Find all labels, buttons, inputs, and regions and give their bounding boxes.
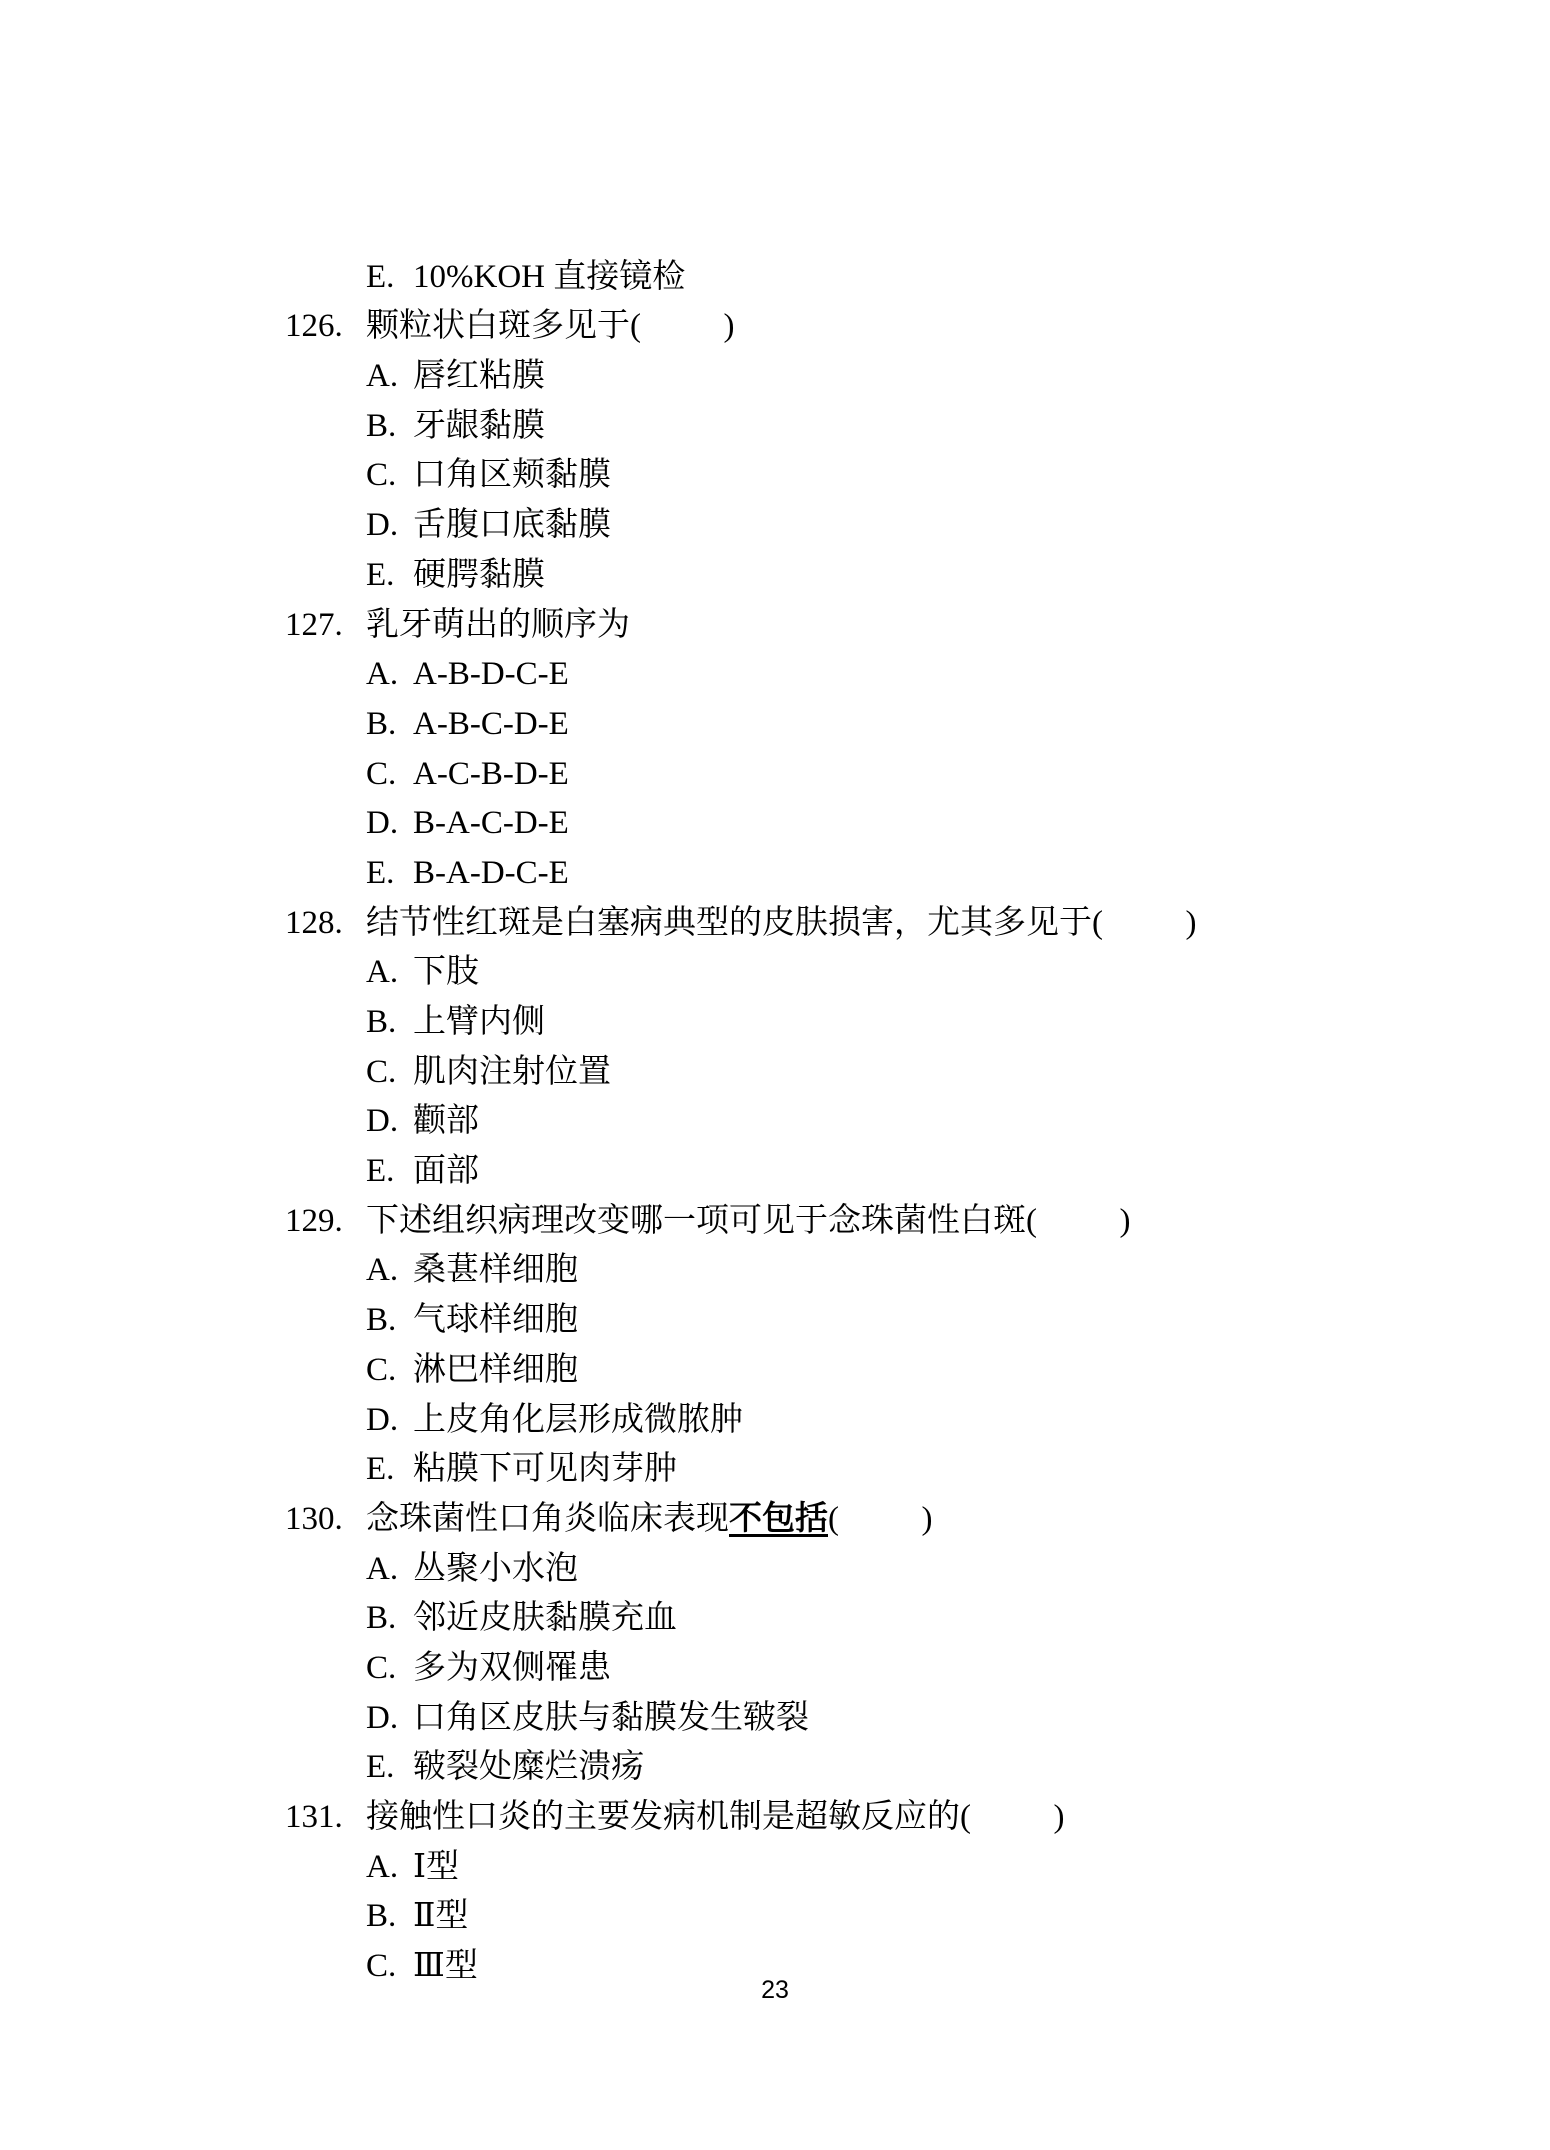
question-number: 128. (285, 899, 366, 949)
option-line-126-E: E.硬腭黏膜 (0, 501, 1550, 551)
option-text: 10%KOH 直接镜检 (413, 259, 685, 295)
option-text: 肌肉注射位置 (413, 1054, 611, 1090)
option-text: A-B-C-D-E (413, 706, 569, 742)
option-text: 舌腹口底黏膜 (413, 507, 611, 543)
option-letter: A. (366, 650, 413, 700)
option-letter: B. (366, 1296, 413, 1346)
option-text: B-A-C-D-E (413, 805, 569, 841)
option-text: 下肢 (413, 954, 479, 990)
page-number: 23 (0, 1976, 1550, 2005)
option-text: 硬腭黏膜 (413, 557, 545, 593)
question-number: 131. (285, 1793, 366, 1843)
option-letter: D. (366, 1097, 413, 1147)
question-line-126: 126.颗粒状白斑多见于( ) (0, 253, 1550, 303)
option-text: 粘膜下可见肉芽肿 (413, 1451, 677, 1487)
option-line-127-C: C.A-C-B-D-E (0, 700, 1550, 750)
option-line-128-D: D.颧部 (0, 1048, 1550, 1098)
question-text: ( ) (828, 1501, 932, 1537)
option-letter: A. (366, 1545, 413, 1595)
option-line-127-B: B.A-B-C-D-E (0, 650, 1550, 700)
option-line-126-D: D.舌腹口底黏膜 (0, 451, 1550, 501)
option-letter: D. (366, 1396, 413, 1446)
option-text: Ⅰ型 (413, 1849, 459, 1885)
option-line-130-D: D.口角区皮肤与黏膜发生皲裂 (0, 1644, 1550, 1694)
option-line-129-E: E.粘膜下可见肉芽肿 (0, 1396, 1550, 1446)
question-text: 下述组织病理改变哪一项可见于念珠菌性白斑( ) (366, 1203, 1130, 1239)
option-text: 邻近皮肤黏膜充血 (413, 1600, 677, 1636)
question-text: 颗粒状白斑多见于( ) (366, 308, 734, 344)
option-text: 上臂内侧 (413, 1004, 545, 1040)
option-line-129-C: C.淋巴样细胞 (0, 1296, 1550, 1346)
option-line-126-A: A.唇红粘膜 (0, 302, 1550, 352)
option-text: 丛聚小水泡 (413, 1551, 578, 1587)
exam-page-body: E.10%KOH 直接镜检 126.颗粒状白斑多见于( ) A.唇红粘膜 B.牙… (0, 203, 1550, 1942)
question-number: 129. (285, 1197, 366, 1247)
option-letter: E. (366, 1445, 413, 1495)
option-letter: E. (366, 1743, 413, 1793)
option-text: 口角区皮肤与黏膜发生皲裂 (413, 1700, 809, 1736)
option-text: 颧部 (413, 1103, 479, 1139)
option-letter: B. (366, 1892, 413, 1942)
question-number: 126. (285, 302, 366, 352)
option-text: 气球样细胞 (413, 1302, 578, 1338)
option-text: 面部 (413, 1153, 479, 1189)
option-letter: C. (366, 1346, 413, 1396)
option-letter: C. (366, 1644, 413, 1694)
option-text: A-C-B-D-E (413, 756, 569, 792)
option-letter: B. (366, 402, 413, 452)
option-letter: E. (366, 849, 413, 899)
option-text: B-A-D-C-E (413, 855, 569, 891)
question-line-127: 127.乳牙萌出的顺序为 (0, 551, 1550, 601)
question-text: 乳牙萌出的顺序为 (366, 607, 630, 643)
option-letter: D. (366, 501, 413, 551)
option-text: 牙龈黏膜 (413, 408, 545, 444)
option-line-127-E: E.B-A-D-C-E (0, 799, 1550, 849)
question-text: 结节性红斑是白塞病典型的皮肤损害，尤其多见于( ) (366, 905, 1196, 941)
option-text: 桑葚样细胞 (413, 1252, 578, 1288)
option-line-128-C: C.肌肉注射位置 (0, 998, 1550, 1048)
option-letter: E. (366, 551, 413, 601)
question-line-128: 128.结节性红斑是白塞病典型的皮肤损害，尤其多见于( ) (0, 849, 1550, 899)
option-line-129-D: D.上皮角化层形成微脓肿 (0, 1346, 1550, 1396)
option-text: A-B-D-C-E (413, 656, 569, 692)
option-line-prev-E: E.10%KOH 直接镜检 (0, 203, 1550, 253)
question-line-129: 129.下述组织病理改变哪一项可见于念珠菌性白斑( ) (0, 1147, 1550, 1197)
option-line-128-B: B.上臂内侧 (0, 948, 1550, 998)
option-letter: B. (366, 700, 413, 750)
option-line-127-D: D.B-A-C-D-E (0, 750, 1550, 800)
option-letter: D. (366, 1694, 413, 1744)
question-text-emphasis: 不包括 (729, 1501, 828, 1537)
option-letter: D. (366, 799, 413, 849)
option-line-127-A: A.A-B-D-C-E (0, 601, 1550, 651)
option-line-131-C: C.Ⅲ型 (0, 1892, 1550, 1942)
option-text: Ⅱ型 (413, 1898, 468, 1934)
option-letter: A. (366, 1246, 413, 1296)
option-letter: B. (366, 1594, 413, 1644)
question-text: 念珠菌性口角炎临床表现 (366, 1501, 729, 1537)
option-letter: E. (366, 1147, 413, 1197)
option-text: 皲裂处糜烂溃疡 (413, 1749, 644, 1785)
question-line-131: 131.接触性口炎的主要发病机制是超敏反应的( ) (0, 1743, 1550, 1793)
option-line-131-B: B.Ⅱ型 (0, 1843, 1550, 1893)
question-number: 127. (285, 601, 366, 651)
option-text: 唇红粘膜 (413, 358, 545, 394)
question-line-130: 130.念珠菌性口角炎临床表现不包括( ) (0, 1445, 1550, 1495)
option-line-129-B: B.气球样细胞 (0, 1246, 1550, 1296)
option-line-130-C: C.多为双侧罹患 (0, 1594, 1550, 1644)
question-number: 130. (285, 1495, 366, 1545)
question-text: 接触性口炎的主要发病机制是超敏反应的( ) (366, 1799, 1064, 1835)
option-letter: C. (366, 451, 413, 501)
option-text: 口角区颊黏膜 (413, 457, 611, 493)
option-line-130-B: B.邻近皮肤黏膜充血 (0, 1545, 1550, 1595)
option-letter: E. (366, 253, 413, 303)
option-letter: A. (366, 1843, 413, 1893)
option-line-126-B: B.牙龈黏膜 (0, 352, 1550, 402)
option-text: 上皮角化层形成微脓肿 (413, 1402, 743, 1438)
option-line-126-C: C.口角区颊黏膜 (0, 402, 1550, 452)
option-text: 淋巴样细胞 (413, 1352, 578, 1388)
option-letter: A. (366, 948, 413, 998)
option-letter: B. (366, 998, 413, 1048)
option-letter: C. (366, 1048, 413, 1098)
option-text: 多为双侧罹患 (413, 1650, 611, 1686)
option-letter: C. (366, 750, 413, 800)
option-letter: A. (366, 352, 413, 402)
option-line-128-E: E.面部 (0, 1097, 1550, 1147)
